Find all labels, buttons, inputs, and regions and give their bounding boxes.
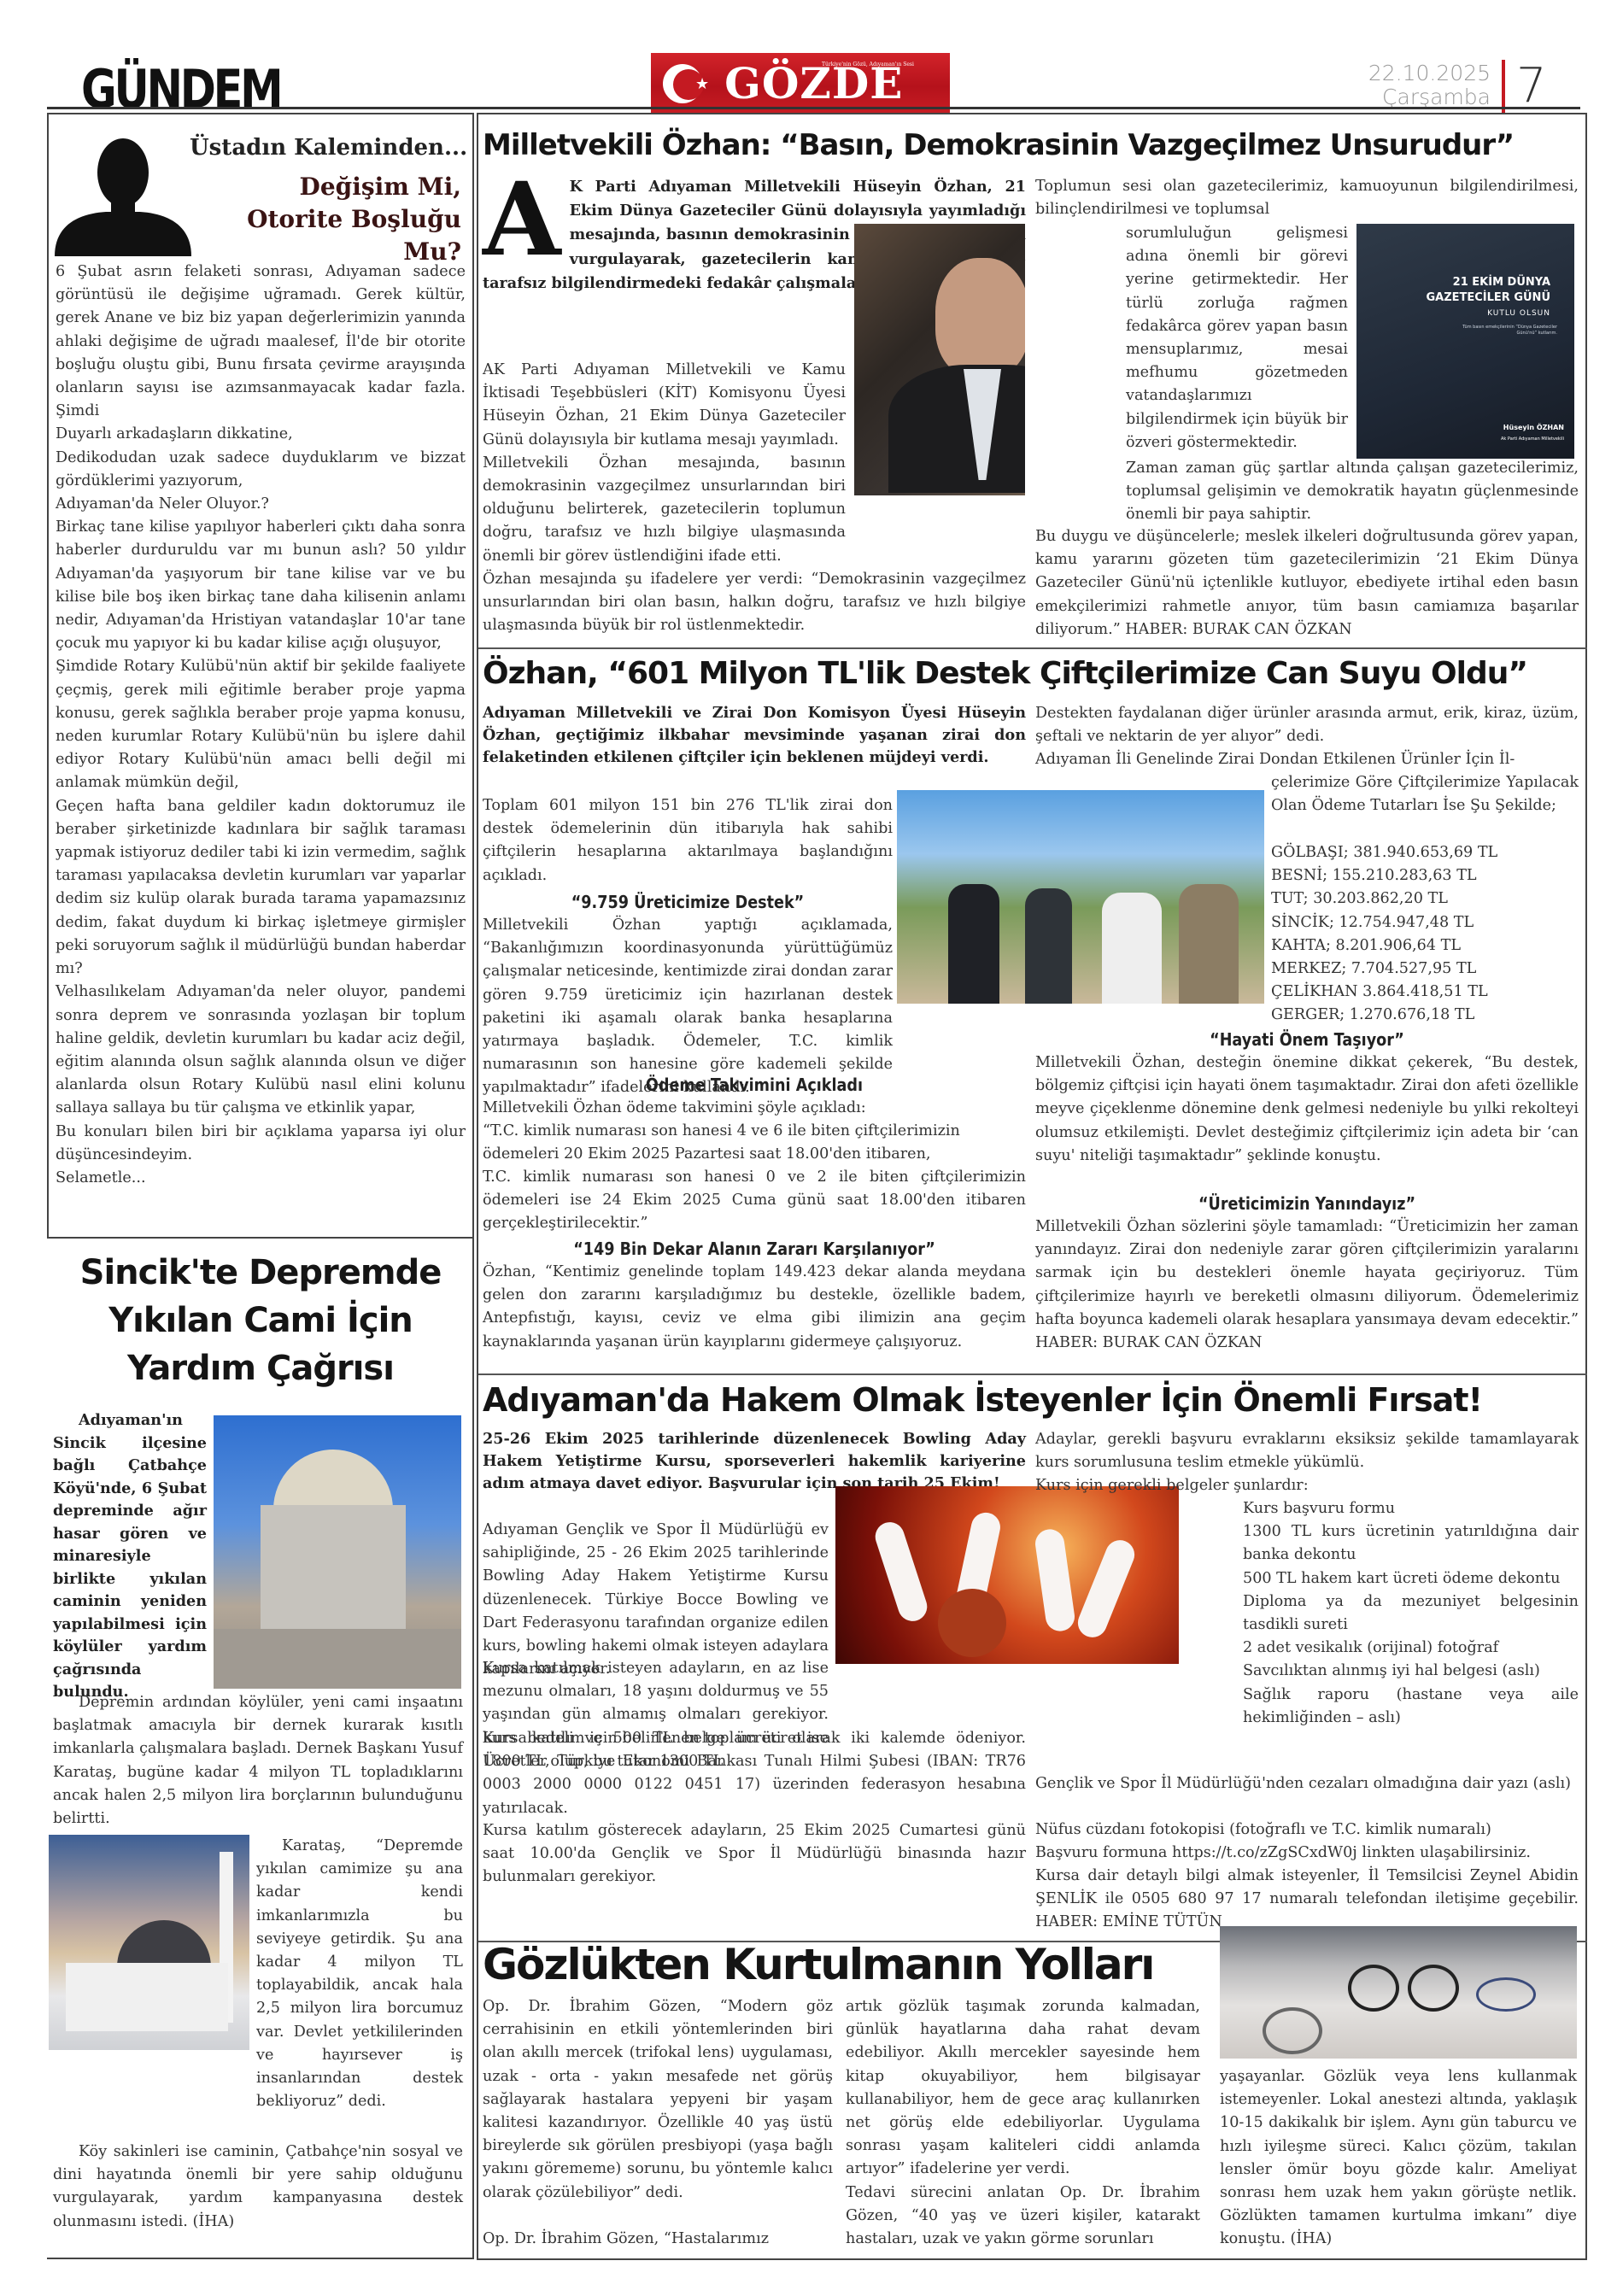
article3-lead: 25-26 Ekim 2025 tarihlerinde düzenlenece… — [483, 1428, 1026, 1495]
newspaper-logo[interactable]: ★ GÖZDE Türkiye'nin Gözü, Adıyaman'ın Se… — [651, 53, 950, 114]
article4-c1: Op. Dr. İbrahim Gözen, “Modern göz cerra… — [483, 1995, 833, 2205]
article3-r1: Adaylar, gerekli başvuru evraklarını eks… — [1035, 1428, 1579, 1474]
paragraph: 6 Şubat asrın felaketi sonrası, Adıyaman… — [56, 261, 466, 423]
paragraph: Bu konuları bilen biri bir açıklama yapa… — [56, 1121, 466, 1167]
article1-quote: Özhan mesajında şu ifadelere yer verdi: … — [483, 568, 1026, 638]
payment-list: GÖLBAŞI; 381.940.653,69 TL BESNİ; 155.21… — [1271, 841, 1579, 1028]
article2-subhead: Ödeme Takvimini Açıkladı — [515, 1073, 993, 1097]
farm-visit-photo — [897, 790, 1264, 1004]
article3-headline[interactable]: Adıyaman'da Hakem Olmak İsteyenler İçin … — [483, 1379, 1482, 1421]
column-label: Üstadın Kaleminden... — [190, 135, 467, 161]
logo-tagline: Türkiye'nin Gözü, Adıyaman'ın Sesi — [822, 61, 914, 67]
article4-c2: artık gözlük taşımak zorunda kalmadan, g… — [846, 1995, 1200, 2182]
paragraph: Geçen hafta bana geldiler kadın doktorum… — [56, 795, 466, 981]
page-number-divider — [1502, 60, 1505, 113]
document-item: 500 TL hakem kart ücreti ödeme dekontu — [1243, 1567, 1579, 1590]
paragraph: Duyarlı arkadaşların dikkatine, — [56, 423, 466, 446]
issue-date: 22.10.2025 Çarşamba — [1324, 61, 1491, 109]
poster-role: Ak Parti Adıyaman Milletvekili — [1501, 436, 1564, 442]
headline-line: Yıkılan Cami İçin — [51, 1297, 470, 1344]
bowling-pins-photo — [835, 1486, 1179, 1664]
payment-item: GÖLBAŞI; 381.940.653,69 TL — [1271, 841, 1579, 864]
payment-item: TUT; 30.203.862,20 TL — [1271, 887, 1579, 911]
document-item: Kurs başvuru formu — [1243, 1497, 1579, 1520]
article2-r2b: çelerimize Göre Çiftçilerimize Yapılacak… — [1271, 771, 1579, 817]
article3-p4: Kursa katılım gösterecek adayların, 25 E… — [483, 1819, 1026, 1889]
article2-subhead: “Hayati Önem Taşıyor” — [1068, 1028, 1546, 1051]
weekday: Çarşamba — [1324, 85, 1491, 109]
article2-p4: “T.C. kimlik numarası son hanesi 4 ve 6 … — [483, 1120, 1026, 1166]
article2-subhead: “149 Bin Dekar Alanın Zararı Karşılanıyo… — [515, 1237, 993, 1261]
article4-headline[interactable]: Gözlükten Kurtulmanın Yolları — [483, 1937, 1153, 1992]
section-title: GÜNDEM — [81, 58, 280, 120]
column-title-line2: Otorite Boşluğu Mu? — [188, 203, 461, 268]
article2-r1: Destekten faydalanan diğer ürünler arası… — [1035, 702, 1579, 748]
logo-name: GÖZDE — [724, 62, 903, 105]
article1-right-end: Bu duygu ve düşüncelerle; meslek ilkeler… — [1035, 525, 1579, 641]
column-title: Değişim Mi, Otorite Boşluğu Mu? — [188, 171, 461, 268]
article2-p3: Milletvekili Özhan ödeme takvimini şöyle… — [483, 1097, 1026, 1120]
article3-r2: Kurs için gerekli belgeler şunlardır: — [1035, 1474, 1579, 1497]
article2-p5: T.C. kimlik numarası son hanesi 0 ve 2 i… — [483, 1166, 1026, 1236]
eyeglasses-photo — [1220, 1926, 1577, 2059]
article2-r2a: Adıyaman İli Genelinde Zirai Dondan Etki… — [1035, 748, 1579, 771]
article1-headline[interactable]: Milletvekili Özhan: “Basın, Demokrasinin… — [483, 126, 1514, 164]
poster-line: GAZETECİLER GÜNÜ — [1426, 290, 1550, 306]
poster-line: KUTLU OLSUN — [1426, 306, 1550, 321]
sincik-headline[interactable]: Sincik'te Depremde Yıkılan Cami İçin Yar… — [51, 1249, 470, 1392]
article3-p3: kurs bedeli ve 500 TL belge ücreti olara… — [483, 1727, 1026, 1820]
article2-lead: Adıyaman Milletvekili ve Zirai Don Komis… — [483, 702, 1026, 769]
payment-item: SİNCİK; 12.754.947,48 TL — [1271, 911, 1579, 934]
paragraph: Velhasılıkelam Adıyaman'da neler oluyor,… — [56, 981, 466, 1120]
page-number: 7 — [1516, 60, 1547, 113]
article2-r4: Milletvekili Özhan sözlerini şöyle tamam… — [1035, 1215, 1579, 1355]
paragraph: Dedikodudan uzak sadece duyduklarım ve b… — [56, 447, 466, 493]
mp-portrait-photo — [854, 224, 1025, 495]
column-body: 6 Şubat asrın felaketi sonrası, Adıyaman… — [56, 261, 466, 1190]
article1-right-top: Toplumun sesi olan gazetecilerimiz, kamu… — [1035, 175, 1579, 221]
author-silhouette-icon — [55, 130, 191, 256]
headline-line: Yardım Çağrısı — [51, 1344, 470, 1392]
mosque-construction-photo — [214, 1415, 461, 1689]
article3-r5: Başvuru formuna https://t.co/zZgSCxdW0j … — [1035, 1842, 1579, 1865]
document-item: Sağlık raporu (hastane veya aile hekimli… — [1243, 1684, 1579, 1730]
column-title-line1: Değişim Mi, — [188, 171, 461, 203]
article3-r3: Gençlik ve Spor İl Müdürlüğü'nden cezala… — [1035, 1772, 1579, 1795]
payment-item: BESNİ; 155.210.283,63 TL — [1271, 864, 1579, 887]
payment-item: GERGER; 1.270.676,18 TL — [1271, 1004, 1579, 1027]
article2-subhead: “Üreticimizin Yanındayız” — [1068, 1192, 1546, 1215]
document-item: Savcılıktan alınmış iyi hal belgesi (asl… — [1243, 1660, 1579, 1683]
paragraph: Adıyaman'da Neler Oluyor.? — [56, 493, 466, 516]
header-rule — [47, 107, 1580, 109]
article3-r6: Kursa dair detaylı bilgi almak isteyenle… — [1035, 1865, 1579, 1935]
star-icon: ★ — [695, 75, 709, 93]
article-divider — [478, 647, 1587, 649]
headline-line: Sincik'te Depremde — [51, 1249, 470, 1297]
sincik-closing: Köy sakinleri ise caminin, Çatbahçe'nin … — [53, 2141, 463, 2234]
payment-item: MERKEZ; 7.704.527,95 TL — [1271, 958, 1579, 981]
poster-line: 21 EKİM DÜNYA — [1426, 275, 1550, 290]
article4-c2b: Tedavi sürecini anlatan Op. Dr. İbrahim … — [846, 2182, 1200, 2252]
article2-p6: Özhan, “Kentimiz genelinde toplam 149.42… — [483, 1261, 1026, 1354]
article2-p2: Milletvekili Özhan yaptığı açıklamada, “… — [483, 914, 893, 1100]
article1-paragraphs: AK Parti Adıyaman Milletvekili ve Kamu İ… — [483, 359, 846, 568]
article1-right-mid: Zaman zaman güç şartlar altında çalışan … — [1126, 457, 1579, 527]
paragraph: Birkaç tane kilise yapılıyor haberleri ç… — [56, 516, 466, 655]
paragraph: Milletvekili Özhan mesajında, basının de… — [483, 452, 846, 568]
article2-r3: Milletvekili Özhan, desteğin önemine dik… — [1035, 1051, 1579, 1168]
mosque-rendering-photo — [49, 1835, 249, 2050]
article2-subhead: “9.759 Üreticimize Destek” — [507, 890, 868, 914]
document-item: 1300 TL kurs ücretinin yatırıldığına dai… — [1243, 1520, 1579, 1567]
sincik-paragraph: Depremin ardından köylüler, yeni cami in… — [53, 1691, 463, 1830]
article1-right-wrap: sorumluluğun gelişmesi adına önemli bir … — [1126, 222, 1348, 454]
article2-headline[interactable]: Özhan, “601 Milyon TL'lik Destek Çiftçil… — [483, 653, 1527, 694]
required-documents-list: Kurs başvuru formu 1300 TL kurs ücretini… — [1243, 1497, 1579, 1730]
article2-p1: Toplam 601 milyon 151 bin 276 TL'lik zir… — [483, 794, 893, 887]
document-item: Diploma ya da mezuniyet belgesinin tasdi… — [1243, 1590, 1579, 1637]
payment-item: ÇELİKHAN 3.864.418,51 TL — [1271, 981, 1579, 1004]
poster-small-text: Tüm basın emekçilerinin “Dünya Gazetecil… — [1446, 325, 1557, 337]
dropcap: A — [483, 179, 561, 261]
article3-r4: Nüfus cüzdanı fotokopisi (fotoğraflı ve … — [1035, 1819, 1579, 1842]
payment-item: KAHTA; 8.201.906,64 TL — [1271, 934, 1579, 958]
poster-name: Hüseyin ÖZHAN — [1503, 424, 1564, 431]
sincik-quote: Karataş, “Depremde yıkılan camimize şu a… — [256, 1835, 463, 2113]
press-day-poster: 21 EKİM DÜNYA GAZETECİLER GÜNÜ KUTLU OLS… — [1356, 224, 1574, 459]
article4-c1b: Op. Dr. İbrahim Gözen, “Hastalarımız — [483, 2228, 833, 2251]
paragraph: AK Parti Adıyaman Milletvekili ve Kamu İ… — [483, 359, 846, 452]
sincik-lead: Adıyaman'ın Sincik ilçesine bağlı Çatbah… — [53, 1409, 207, 1704]
article4-c3: yaşayanlar. Gözlük veya lens kullanmak i… — [1220, 2065, 1577, 2252]
paragraph: Şimdide Rotary Kulübü'nün aktif bir şeki… — [56, 655, 466, 794]
date-value: 22.10.2025 — [1324, 61, 1491, 85]
document-item: 2 adet vesikalık (orijinal) fotoğraf — [1243, 1637, 1579, 1660]
paragraph: Selametle... — [56, 1167, 466, 1190]
article-divider — [478, 1373, 1587, 1375]
